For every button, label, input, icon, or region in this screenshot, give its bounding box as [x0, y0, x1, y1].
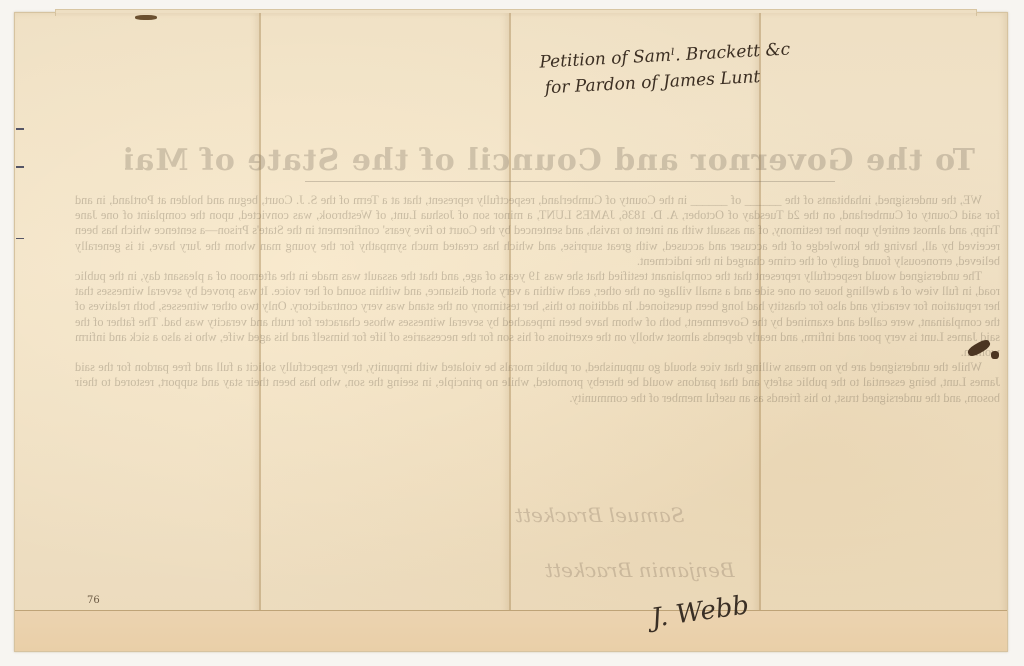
binding-tick [16, 128, 24, 130]
printed-title-bleedthrough: To the Governor and Council of the State… [125, 143, 975, 178]
binding-tick [16, 166, 24, 168]
margin-mark: 76 [87, 595, 100, 606]
bottom-fold-flap [15, 610, 1007, 651]
ink-stain-small [991, 351, 999, 359]
binding-tick [16, 238, 24, 239]
ghost-signature-2: Benjamin Brackett [545, 558, 735, 582]
top-edge-stain [135, 15, 157, 20]
document-sheet: Petition of Samˡ. Brackett &c for Pardon… [14, 12, 1008, 652]
ghost-signature-1: Samuel Brackett [515, 503, 684, 527]
printed-body-bleedthrough: WE, the undersigned, inhabitants of the … [75, 193, 1000, 406]
body-paragraph-1: WE, the undersigned, inhabitants of the … [75, 193, 1000, 269]
body-paragraph-3: While the undersigned are by no means wi… [75, 360, 1000, 406]
title-rule [305, 181, 835, 182]
body-paragraph-2: The undersigned would respectfully repre… [75, 269, 1000, 360]
